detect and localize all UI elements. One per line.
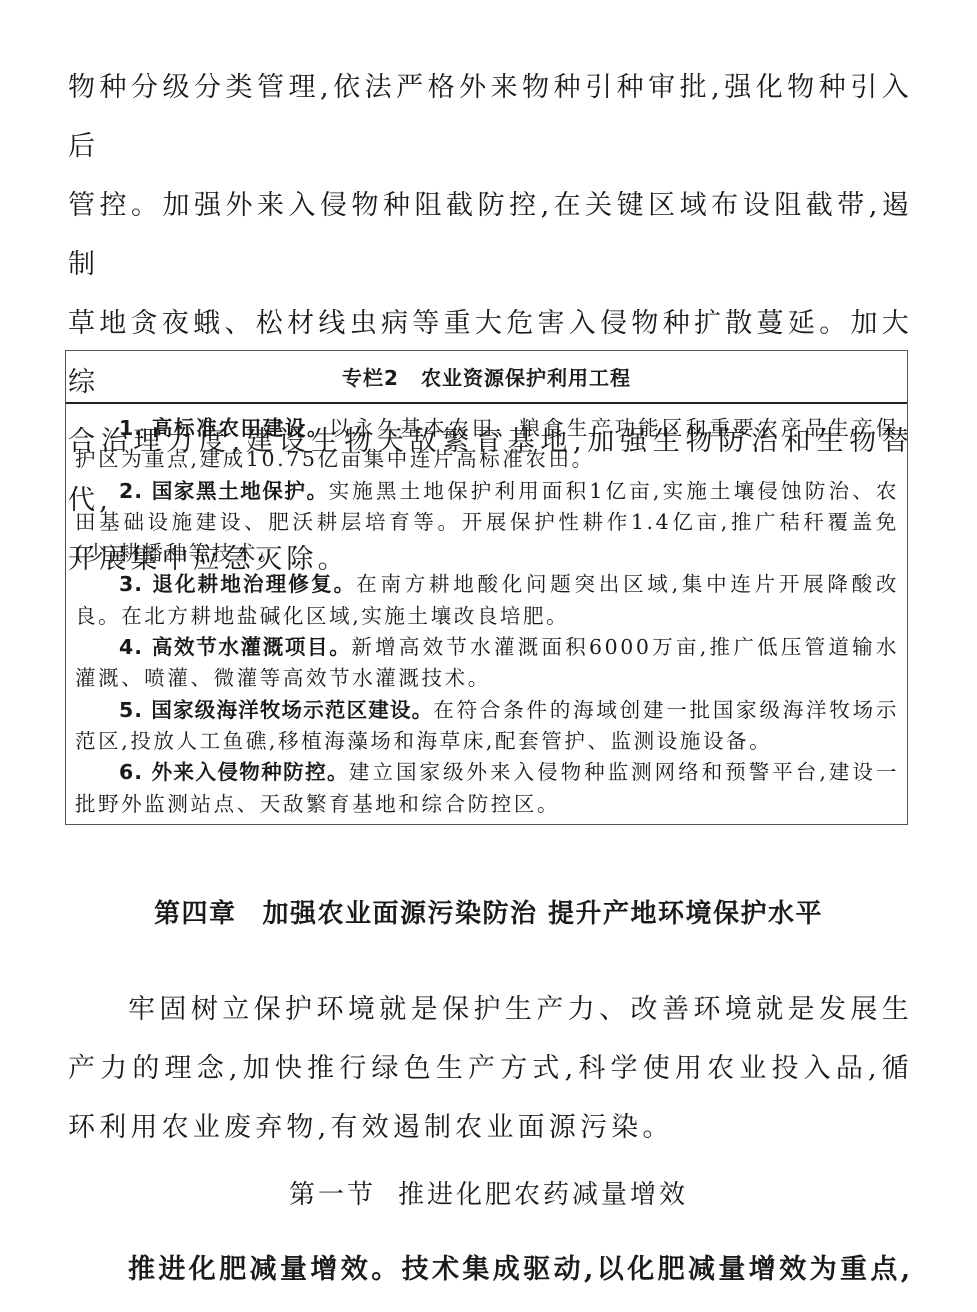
item-number: 4.: [119, 635, 143, 659]
intro-line: 物种分级分类管理,依法严格外来物种引种审批,强化物种引入后: [68, 58, 913, 176]
column-box-body: 1. 高标准农田建设。以永久基本农田、粮食生产功能区和重要农产品生产保护区为重点…: [66, 404, 907, 820]
item-heading: 高标准农田建设。: [152, 416, 329, 440]
section-first-line: 推进化肥减量增效。技术集成驱动,以化肥减量增效为重点,: [128, 1247, 918, 1286]
chapter-number: 第四章: [154, 899, 237, 929]
column-box: 专栏2 农业资源保护利用工程 1. 高标准农田建设。以永久基本农田、粮食生产功能…: [65, 350, 908, 825]
chapter-title: 加强农业面源污染防治 提升产地环境保护水平: [262, 899, 823, 929]
chapter-paragraph-text: 牢固树立保护环境就是保护生产力、改善环境就是发展生产力的理念,加快推行绿色生产方…: [68, 980, 913, 1157]
section-first-text: 技术集成驱动,以化肥减量增效为重点,: [402, 1254, 914, 1285]
column-item: 5. 国家级海洋牧场示范区建设。在符合条件的海域创建一批国家级海洋牧场示范区,投…: [75, 695, 899, 758]
column-item: 6. 外来入侵物种防控。建立国家级外来入侵物种监测网络和预警平台,建设一批野外监…: [75, 757, 899, 820]
chapter-paragraph: 牢固树立保护环境就是保护生产力、改善环境就是发展生产力的理念,加快推行绿色生产方…: [68, 980, 913, 1157]
item-number: 6.: [119, 760, 143, 784]
item-heading: 国家黑土地保护。: [152, 479, 329, 503]
column-item: 1. 高标准农田建设。以永久基本农田、粮食生产功能区和重要农产品生产保护区为重点…: [75, 413, 899, 476]
column-box-label: 专栏2: [342, 362, 399, 391]
column-box-title: 农业资源保护利用工程: [421, 362, 631, 391]
chapter-heading: 第四章加强农业面源污染防治 提升产地环境保护水平: [0, 893, 977, 930]
section-title: 推进化肥农药减量增效: [398, 1180, 688, 1210]
column-box-header: 专栏2 农业资源保护利用工程: [66, 351, 907, 404]
section-first-heading: 推进化肥减量增效。: [128, 1254, 402, 1285]
item-number: 5.: [119, 698, 143, 722]
item-heading: 退化耕地治理修复。: [152, 572, 356, 596]
section-heading: 第一节推进化肥农药减量增效: [0, 1174, 977, 1211]
item-number: 1.: [119, 416, 143, 440]
section-number: 第一节: [289, 1180, 376, 1210]
column-item: 2. 国家黑土地保护。实施黑土地保护利用面积1亿亩,实施土壤侵蚀防治、农田基础设…: [75, 476, 899, 570]
item-number: 2.: [119, 479, 143, 503]
intro-line: 管控。加强外来入侵物种阻截防控,在关键区域布设阻截带,遏制: [68, 176, 913, 294]
item-number: 3.: [119, 572, 143, 596]
item-heading: 外来入侵物种防控。: [152, 760, 349, 784]
item-heading: 国家级海洋牧场示范区建设。: [151, 698, 433, 722]
item-heading: 高效节水灌溉项目。: [152, 635, 351, 659]
column-item: 3. 退化耕地治理修复。在南方耕地酸化问题突出区域,集中连片开展降酸改良。在北方…: [75, 569, 899, 632]
column-item: 4. 高效节水灌溉项目。新增高效节水灌溉面积6000万亩,推广低压管道输水灌溉、…: [75, 632, 899, 695]
